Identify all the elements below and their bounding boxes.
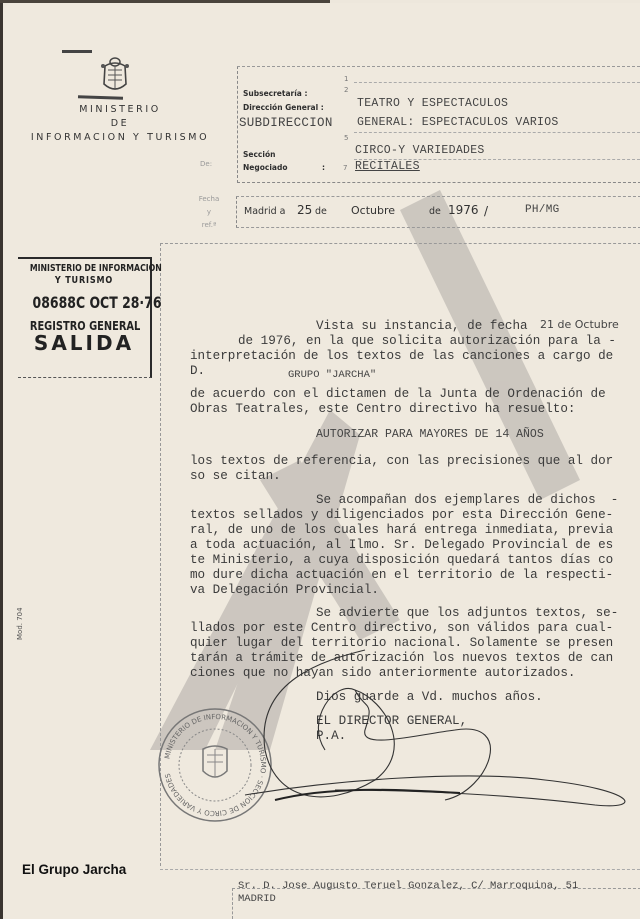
stamp-line-2: Y TURISMO: [28, 275, 140, 286]
body-p2-line2: Obras Teatrales, este Centro directivo h…: [190, 402, 575, 417]
address-line-1: Sr. D. Jose Augusto Teruel Gonzalez, C/ …: [238, 880, 578, 893]
body-p3-line1: los textos de referencia, con las precis…: [190, 454, 613, 469]
image-caption: El Grupo Jarcha: [22, 862, 126, 877]
y-label: y: [194, 206, 224, 219]
seccion-label: Sección: [243, 150, 275, 159]
stamp-line-1: MINISTERIO DE INFORMACION: [30, 263, 138, 274]
ministry-name: MINISTERIO DE INFORMACION Y TURISMO: [30, 103, 210, 145]
body-p4-line6: mo dure dicha actuación en el territorio…: [190, 568, 613, 583]
address-line-2: MADRID: [238, 893, 276, 906]
body-p1-line2: de 1976, en la que solicita autorización…: [238, 334, 616, 349]
body-p4-line7: va Delegación Provincial.: [190, 583, 379, 598]
form-code: Mod. 704: [16, 607, 24, 640]
seccion-value: CIRCO-Y VARIEDADES: [355, 144, 485, 157]
reference-code: PH/MG: [525, 204, 560, 216]
resolution-text: AUTORIZAR PARA MAYORES DE 14 AÑOS: [316, 428, 544, 441]
date-side-label: Fecha y ref.ª: [194, 193, 224, 232]
header-form-top-rule: [237, 66, 640, 67]
negociado-colon: :: [322, 163, 325, 172]
footer-rule: [160, 869, 640, 870]
scan-edge-top: [0, 0, 330, 3]
line-number-1: 1: [344, 75, 348, 83]
body-p4-line1: Se acompañan dos ejemplares de dichos -: [316, 493, 618, 508]
subdireccion-value: GENERAL: ESPECTACULOS VARIOS: [357, 116, 559, 129]
coat-of-arms-icon: [100, 56, 130, 96]
ministry-line-1: MINISTERIO: [30, 103, 210, 117]
form-line-4: [354, 132, 640, 133]
line-number-5: 5: [344, 134, 348, 142]
direccion-general-label: Dirección General :: [243, 103, 324, 112]
line-number-7: 7: [343, 164, 347, 172]
body-p3-line2: so se citan.: [190, 469, 281, 484]
date-de-1: de: [315, 206, 327, 217]
fecha-label: Fecha: [194, 193, 224, 206]
group-name: GRUPO "JARCHA": [288, 369, 376, 381]
scan-edge-left: [0, 0, 3, 919]
stamp-number-date: 08688C OCT 28·76: [33, 293, 136, 312]
direccion-general-value: TEATRO Y ESPECTACULOS: [357, 97, 508, 110]
handwritten-request-date: 21 de Octubre: [540, 318, 619, 331]
body-p1-line3: interpretación de los textos de las canc…: [190, 349, 613, 364]
signature-icon: [215, 640, 640, 820]
subsecretaria-label: Subsecretaría :: [243, 89, 307, 98]
form-line-1: [354, 82, 640, 83]
ref-label: ref.ª: [194, 219, 224, 232]
date-day: 25: [297, 203, 312, 217]
body-p5-line1: Se advierte que los adjuntos textos, se-: [316, 606, 618, 621]
negociado-value: RECITALES: [355, 160, 420, 173]
letterhead-rule-top: [62, 50, 92, 53]
subdireccion-label: SUBDIRECCION: [239, 116, 333, 130]
de-label: De:: [200, 160, 212, 168]
date-place: Madrid a: [244, 206, 285, 217]
body-p4-line3: ral, de uno de los cuales hará entrega i…: [190, 523, 613, 538]
body-p2-line1: de acuerdo con el dictamen de la Junta d…: [190, 387, 606, 402]
negociado-label: Negociado: [243, 163, 287, 172]
stamp-line-4: REGISTRO GENERAL: [30, 319, 138, 333]
date-de-2: de: [429, 206, 441, 217]
date-month: Octubre: [351, 204, 395, 217]
ministry-line-2: DE: [30, 117, 210, 131]
body-p5-line2: llados por este Centro directivo, son vá…: [190, 621, 613, 636]
line-number-2: 2: [344, 86, 348, 94]
body-p1-line4: D.: [190, 364, 205, 379]
date-year: 1976: [448, 203, 479, 217]
body-p4-line5: te Ministerio, a cuya disposición quedar…: [190, 553, 613, 568]
registry-stamp: MINISTERIO DE INFORMACION Y TURISMO 0868…: [18, 257, 152, 378]
date-slash: /: [484, 204, 488, 218]
body-p4-line2: textos sellados y diligenciados por esta…: [190, 508, 613, 523]
stamp-salida: SALIDA: [18, 331, 150, 355]
ministry-line-3: INFORMACION Y TURISMO: [30, 131, 210, 145]
body-p4-line4: a toda actuación, al Ilmo. Sr. Delegado …: [190, 538, 613, 553]
body-p1-line1: Vista su instancia, de fecha: [316, 319, 528, 334]
